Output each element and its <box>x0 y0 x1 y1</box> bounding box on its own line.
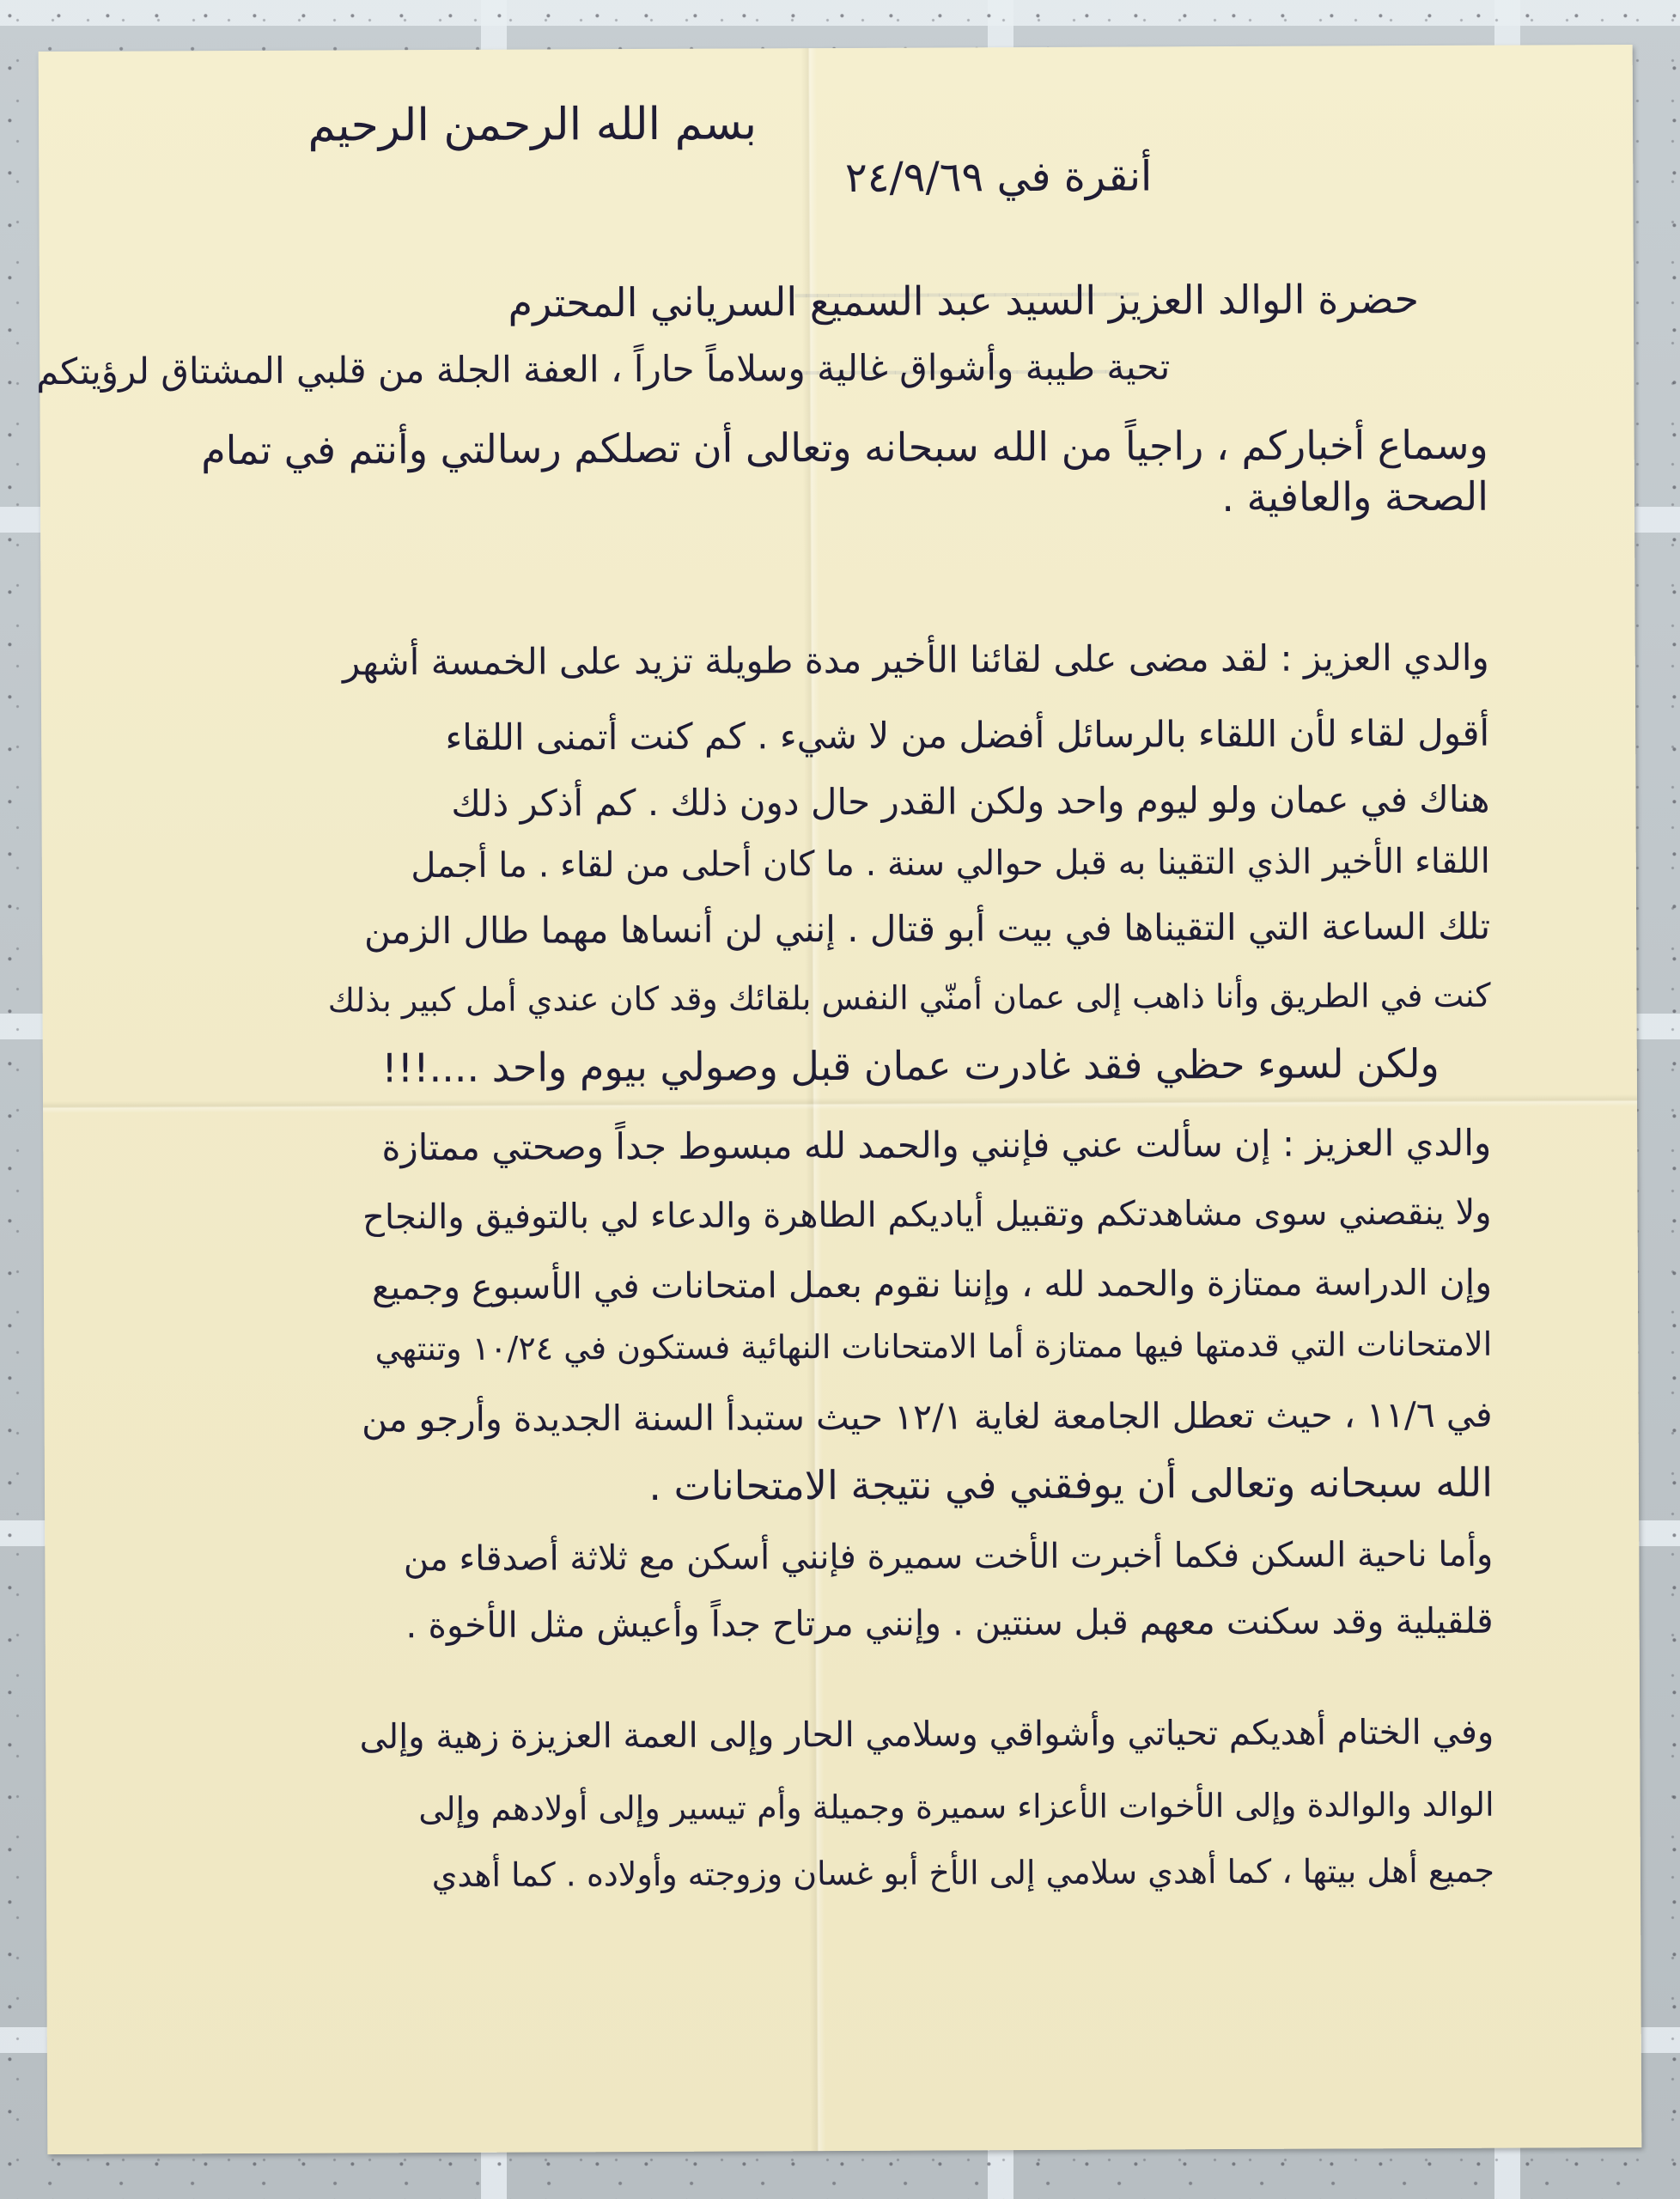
paragraph-line: الصحة والعافية . <box>1221 475 1488 520</box>
salutation: حضرة الوالد العزيز السيد عبد السميع السر… <box>508 277 1419 325</box>
letter-paper: ـــــــــــــــــــــــــــــــ ــــــــ… <box>39 45 1642 2154</box>
paragraph-line: ولا ينقصني سوى مشاهدتكم وتقبيل أياديكم ا… <box>362 1194 1492 1237</box>
paragraph-line: جميع أهل بيتها ، كما أهدي سلامي إلى الأخ… <box>432 1854 1494 1894</box>
paragraph-line: الوالد والوالدة وإلى الأخوات الأعزاء سمي… <box>418 1788 1494 1828</box>
paragraph-line: قلقيلية وقد سكنت معهم قبل سنتين . وإنني … <box>405 1602 1493 1646</box>
paragraph-line: وسماع أخباركم ، راجياً من الله سبحانه وت… <box>201 423 1488 472</box>
paragraph-line: وفي الختام أهديكم تحياتي وأشواقي وسلامي … <box>360 1714 1494 1757</box>
paragraph-line: تحية طيبة وأشواق غالية وسلاماً حاراً ، ا… <box>36 347 1170 392</box>
paragraph-line: أقول لقاء لأن اللقاء بالرسائل أفضل من لا… <box>445 714 1489 758</box>
paragraph-line: في ١١/٦ ، حيث تعطل الجامعة لغاية ١٢/١ حي… <box>362 1396 1493 1440</box>
paragraph-line: الله سبحانه وتعالى أن يوفقني في نتيجة ال… <box>648 1461 1493 1508</box>
paragraph-line: ولكن لسوء حظي فقد غادرت عمان قبل وصولي ب… <box>381 1042 1440 1090</box>
paragraph-line: والدي العزيز : لقد مضى على لقائنا الأخير… <box>343 638 1489 683</box>
paragraph-line: تلك الساعة التي التقيناها في بيت أبو قتا… <box>364 907 1490 952</box>
paragraph-line: والدي العزيز : إن سألت عني فإنني والحمد … <box>381 1124 1491 1168</box>
paragraph-line: وإن الدراسة ممتازة والحمد لله ، وإننا نق… <box>372 1264 1492 1307</box>
date-line: أنقرة في ٢٤/٩/٦٩ <box>845 154 1153 200</box>
paragraph-line: كنت في الطريق وأنا ذاهب إلى عمان أمنّي ا… <box>328 978 1491 1020</box>
horizontal-fold-crease <box>43 1094 1637 1113</box>
paragraph-line: وأما ناحية السكن فكما أخبرت الأخت سميرة … <box>404 1536 1494 1579</box>
paragraph-line: هناك في عمان ولو ليوم واحد ولكن القدر حا… <box>451 780 1489 824</box>
paragraph-line: الامتحانات التي قدمتها فيها ممتازة أما ا… <box>374 1327 1492 1368</box>
basmala: بسم الله الرحمن الرحيم <box>307 100 757 150</box>
paragraph-line: اللقاء الأخير الذي التقينا به قبل حوالي … <box>411 843 1490 885</box>
